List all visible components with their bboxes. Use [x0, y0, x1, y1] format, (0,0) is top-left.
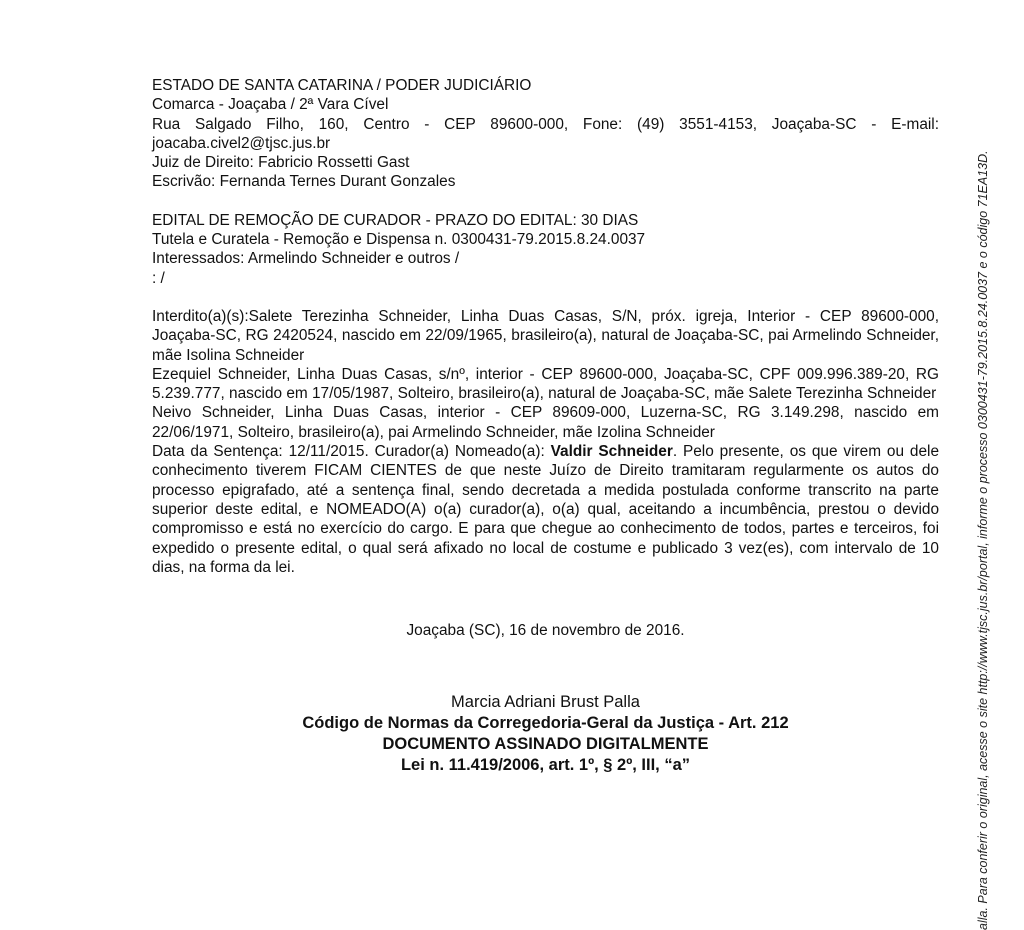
edital-info: EDITAL DE REMOÇÃO DE CURADOR - PRAZO DO …	[152, 211, 939, 288]
digital-signature-notice: DOCUMENTO ASSINADO DIGITALMENTE	[152, 734, 939, 755]
sentence-text: . Pelo presente, os que virem ou dele co…	[152, 443, 939, 576]
header-state: ESTADO DE SANTA CATARINA / PODER JUDICIÁ…	[152, 76, 939, 95]
case-number: Tutela e Curatela - Remoção e Dispensa n…	[152, 230, 939, 249]
edital-title: EDITAL DE REMOÇÃO DE CURADOR - PRAZO DO …	[152, 211, 939, 230]
interdito-1: Interdito(a)(s):Salete Terezinha Schneid…	[152, 307, 939, 365]
interdito-3: Neivo Schneider, Linha Duas Casas, inter…	[152, 403, 939, 442]
blank-field: : /	[152, 269, 939, 288]
header-address: Rua Salgado Filho, 160, Centro - CEP 896…	[152, 115, 939, 154]
interested-parties: Interessados: Armelindo Schneider e outr…	[152, 249, 939, 268]
document-page: ESTADO DE SANTA CATARINA / PODER JUDICIÁ…	[152, 76, 939, 577]
norm-reference: Código de Normas da Corregedoria-Geral d…	[152, 713, 939, 734]
verification-note: alla. Para conferir o original, acesse o…	[969, 30, 997, 930]
header-clerk: Escrivão: Fernanda Ternes Durant Gonzale…	[152, 172, 939, 191]
interdito-2: Ezequiel Schneider, Linha Duas Casas, s/…	[152, 365, 939, 404]
sentence-paragraph: Data da Sentença: 12/11/2015. Curador(a)…	[152, 442, 939, 577]
header-comarca: Comarca - Joaçaba / 2ª Vara Cível	[152, 95, 939, 114]
header-judge: Juiz de Direito: Fabricio Rossetti Gast	[152, 153, 939, 172]
curator-name: Valdir Schneider	[551, 443, 673, 460]
date-place: Joaçaba (SC), 16 de novembro de 2016.	[152, 622, 939, 640]
law-reference: Lei n. 11.419/2006, art. 1º, § 2º, III, …	[152, 755, 939, 776]
edital-body: Interdito(a)(s):Salete Terezinha Schneid…	[152, 307, 939, 577]
signature-block: Marcia Adriani Brust Palla Código de Nor…	[152, 692, 939, 776]
sentence-prefix: Data da Sentença: 12/11/2015. Curador(a)…	[152, 443, 551, 460]
signer-name: Marcia Adriani Brust Palla	[152, 692, 939, 713]
court-header: ESTADO DE SANTA CATARINA / PODER JUDICIÁ…	[152, 76, 939, 192]
